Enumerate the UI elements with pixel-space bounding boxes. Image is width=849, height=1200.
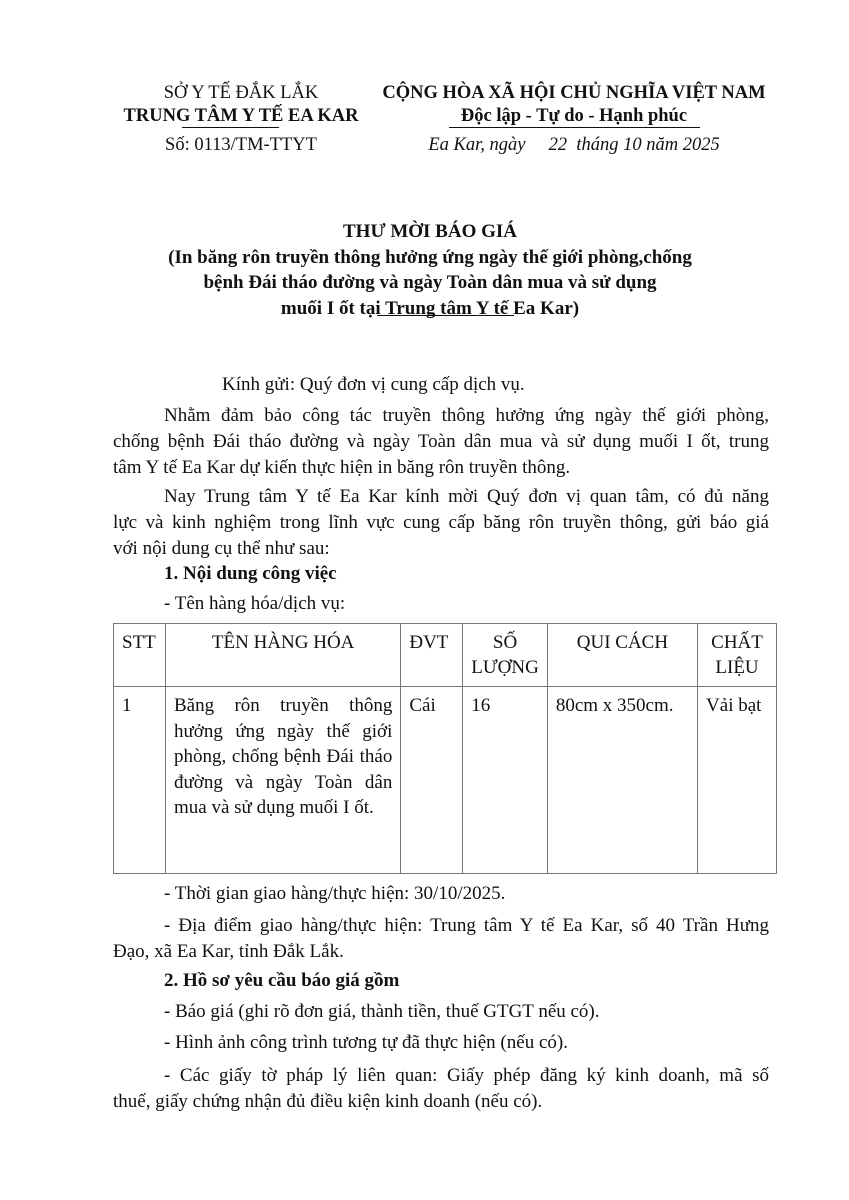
organization-underline (182, 127, 279, 128)
column-header-material: CHẤT LIỆU (698, 624, 777, 687)
section-heading-required-docs: 2. Hồ sơ yêu cầu báo giá gồm (164, 970, 399, 992)
paragraph-line: Đạo, xã Ea Kar, tỉnh Đắk Lắk. (113, 939, 769, 965)
nation-name: CỘNG HÒA XÃ HỘI CHỦ NGHĨA VIỆT NAM (376, 82, 772, 105)
requirement-item: - Báo giá (ghi rõ đơn giá, thành tiền, t… (164, 1001, 600, 1023)
department-name: SỞ Y TẾ ĐẮK LẮK (110, 82, 372, 105)
subtitle-line: muối I ốt tại Trung tâm Y tế Ea Kar) (100, 296, 760, 322)
column-header-stt: STT (114, 624, 166, 687)
cell-unit: Cái (401, 687, 463, 874)
table-header-row: STT TÊN HÀNG HÓA ĐVT SỐ LƯỢNG QUI CÁCH C… (114, 624, 777, 687)
document-title: THƯ MỜI BÁO GIÁ (100, 219, 760, 245)
paragraph-line: Nhằm đảm bảo công tác truyền thông hưởng… (113, 403, 769, 429)
paragraph-line: với nội dung cụ thể như sau: (113, 536, 769, 562)
column-header-name: TÊN HÀNG HÓA (165, 624, 400, 687)
place-date: Ea Kar, ngày 22 tháng 10 năm 2025 (376, 134, 772, 157)
issuer-block: SỞ Y TẾ ĐẮK LẮK TRUNG TÂM Y TẾ EA KAR Số… (110, 82, 372, 157)
organization-name: TRUNG TÂM Y TẾ EA KAR (110, 105, 372, 128)
column-header-unit: ĐVT (401, 624, 463, 687)
delivery-place: - Địa điểm giao hàng/thực hiện: Trung tâ… (113, 913, 769, 965)
cell-spec: 80cm x 350cm. (547, 687, 697, 874)
paragraph-line: thuế, giấy chứng nhận đủ điều kiện kinh … (113, 1089, 769, 1115)
cell-stt: 1 (114, 687, 166, 874)
national-motto: Độc lập - Tự do - Hạnh phúc (376, 105, 772, 128)
subtitle-line: bệnh Đái tháo đường và ngày Toàn dân mua… (100, 270, 760, 296)
document-title-block: THƯ MỜI BÁO GIÁ (In băng rôn truyền thôn… (100, 219, 760, 321)
national-header-block: CỘNG HÒA XÃ HỘI CHỦ NGHĨA VIỆT NAM Độc l… (376, 82, 772, 157)
paragraph-line: Nay Trung tâm Y tế Ea Kar kính mời Quý đ… (113, 484, 769, 510)
paragraph-invitation: Nay Trung tâm Y tế Ea Kar kính mời Quý đ… (113, 484, 769, 562)
document-number: Số: 0113/TM-TTYT (110, 134, 372, 157)
cell-name: Băng rôn truyền thông hưởng ứng ngày thế… (165, 687, 400, 874)
requirement-item: - Hình ảnh công trình tương tự đã thực h… (164, 1032, 568, 1054)
table-row: 1 Băng rôn truyền thông hưởng ứng ngày t… (114, 687, 777, 874)
subtitle-line: (In băng rôn truyền thông hưởng ứng ngày… (100, 245, 760, 271)
paragraph-line: - Địa điểm giao hàng/thực hiện: Trung tâ… (113, 913, 769, 939)
paragraph-line: tâm Y tế Ea Kar dự kiến thực hiện in băn… (113, 455, 769, 481)
paragraph-line: chống bệnh Đái tháo đường và ngày Toàn d… (113, 429, 769, 455)
cell-quantity: 16 (463, 687, 548, 874)
section-heading-work-content: 1. Nội dung công việc (164, 563, 337, 585)
cell-material: Vải bạt (698, 687, 777, 874)
delivery-time: - Thời gian giao hàng/thực hiện: 30/10/2… (164, 883, 505, 905)
paragraph-line: - Các giấy tờ pháp lý liên quan: Giấy ph… (113, 1063, 769, 1089)
column-header-spec: QUI CÁCH (547, 624, 697, 687)
salutation: Kính gửi: Quý đơn vị cung cấp dịch vụ. (222, 374, 525, 396)
motto-underline (449, 127, 700, 128)
goods-label: - Tên hàng hóa/dịch vụ: (164, 593, 345, 615)
title-underline (377, 315, 514, 316)
goods-table: STT TÊN HÀNG HÓA ĐVT SỐ LƯỢNG QUI CÁCH C… (113, 623, 777, 874)
paragraph-purpose: Nhằm đảm bảo công tác truyền thông hưởng… (113, 403, 769, 481)
paragraph-line: lực và kinh nghiệm trong lĩnh vực cung c… (113, 510, 769, 536)
column-header-quantity: SỐ LƯỢNG (463, 624, 548, 687)
legal-docs-requirement: - Các giấy tờ pháp lý liên quan: Giấy ph… (113, 1063, 769, 1115)
